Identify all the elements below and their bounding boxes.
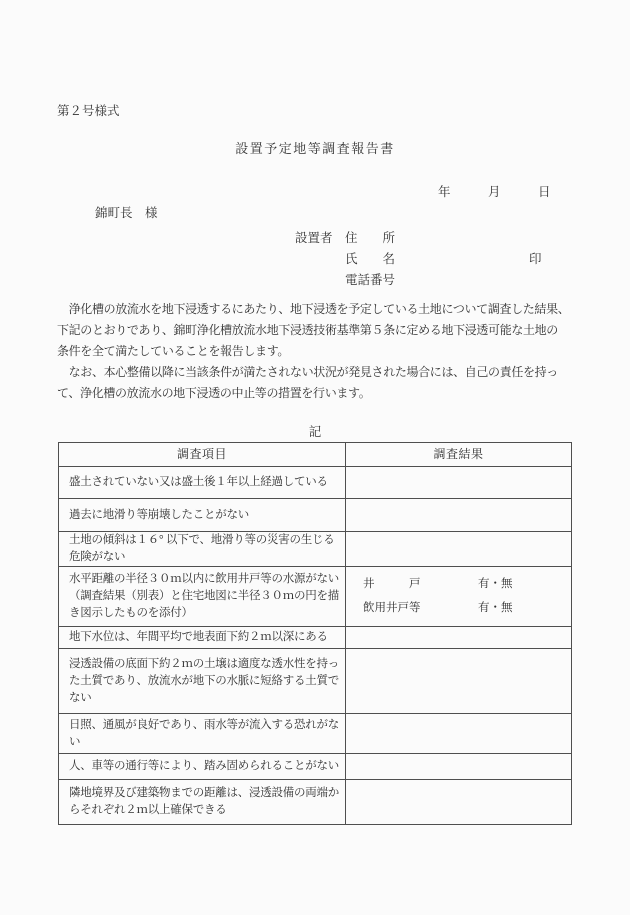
addressee: 錦町長 様	[95, 203, 158, 221]
survey-item-cell: 水平距離の半径３０ｍ以内に飲用井戸等の水源がない （調査結果（別表）と住宅地図に…	[59, 567, 346, 626]
survey-table: 調査項目 調査結果 盛土されていない又は盛土後１年以上経過している 過去に地滑り…	[58, 442, 572, 825]
record-heading: 記	[57, 422, 573, 440]
form-number: 第２号様式	[57, 101, 120, 119]
survey-result-cell	[346, 499, 571, 531]
survey-result-cell: 井 戸 有・無 飲用井戸等 有・無	[346, 567, 571, 626]
seal-mark: 印	[529, 249, 542, 267]
survey-result-cell	[346, 532, 571, 566]
table-row: 浸透設備の底面下約２ｍの土壌は適度な透水性を持っ た土質であり、放流水が地下の水…	[59, 648, 571, 713]
survey-result-cell	[346, 649, 571, 713]
header-result-label: 調査結果	[346, 443, 571, 466]
table-row: 地下水位は、年間平均で地表面下約２ｍ以深にある	[59, 626, 571, 648]
survey-result-cell	[346, 714, 571, 753]
header-item-label: 調査項目	[59, 443, 346, 466]
date-line: 年 月 日	[438, 182, 551, 200]
result-well-line: 井 戸 有・無	[363, 576, 567, 593]
table-row: 過去に地滑り等崩壊したことがない	[59, 498, 571, 531]
survey-item-cell: 隣地境界及び建築物までの距離は、浸透設備の両端か らそれぞれ２ｍ以上確保できる	[59, 780, 346, 824]
survey-item-cell: 浸透設備の底面下約２ｍの土壌は適度な透水性を持っ た土質であり、放流水が地下の水…	[59, 649, 346, 713]
table-row: 盛土されていない又は盛土後１年以上経過している	[59, 466, 571, 498]
table-header-row: 調査項目 調査結果	[59, 443, 571, 466]
survey-result-cell	[346, 780, 571, 824]
survey-item-cell: 過去に地滑り等崩壊したことがない	[59, 499, 346, 531]
document-title: 設置予定地等調査報告書	[57, 138, 573, 157]
survey-item-cell: 日照、通風が良好であり、雨水等が流入する恐れがな い	[59, 714, 346, 753]
survey-result-cell	[346, 754, 571, 779]
table-row: 隣地境界及び建築物までの距離は、浸透設備の両端か らそれぞれ２ｍ以上確保できる	[59, 779, 571, 824]
survey-item-cell: 地下水位は、年間平均で地表面下約２ｍ以深にある	[59, 627, 346, 648]
report-body: 浄化槽の放流水を地下浸透するにあたり、地下浸透を予定している土地について調査した…	[57, 299, 574, 404]
survey-item-cell: 土地の傾斜は１６° 以下で、地滑り等の災害の生じる 危険がない	[59, 532, 346, 566]
table-row: 日照、通風が良好であり、雨水等が流入する恐れがな い	[59, 713, 571, 753]
document-page: 第２号様式 設置予定地等調査報告書 年 月 日 錦町長 様 設置者 住 所 氏 …	[0, 0, 630, 915]
survey-item-cell: 人、車等の通行等により、踏み固められることがない	[59, 754, 346, 779]
table-row: 水平距離の半径３０ｍ以内に飲用井戸等の水源がない （調査結果（別表）と住宅地図に…	[59, 566, 571, 626]
survey-result-cell	[346, 627, 571, 648]
result-drinking-well-line: 飲用井戸等 有・無	[363, 600, 567, 617]
installer-info: 設置者 住 所 氏 名 電話番号	[295, 228, 395, 290]
table-row: 人、車等の通行等により、踏み固められることがない	[59, 753, 571, 779]
survey-item-cell: 盛土されていない又は盛土後１年以上経過している	[59, 467, 346, 498]
table-row: 土地の傾斜は１６° 以下で、地滑り等の災害の生じる 危険がない	[59, 531, 571, 566]
survey-result-cell	[346, 467, 571, 498]
